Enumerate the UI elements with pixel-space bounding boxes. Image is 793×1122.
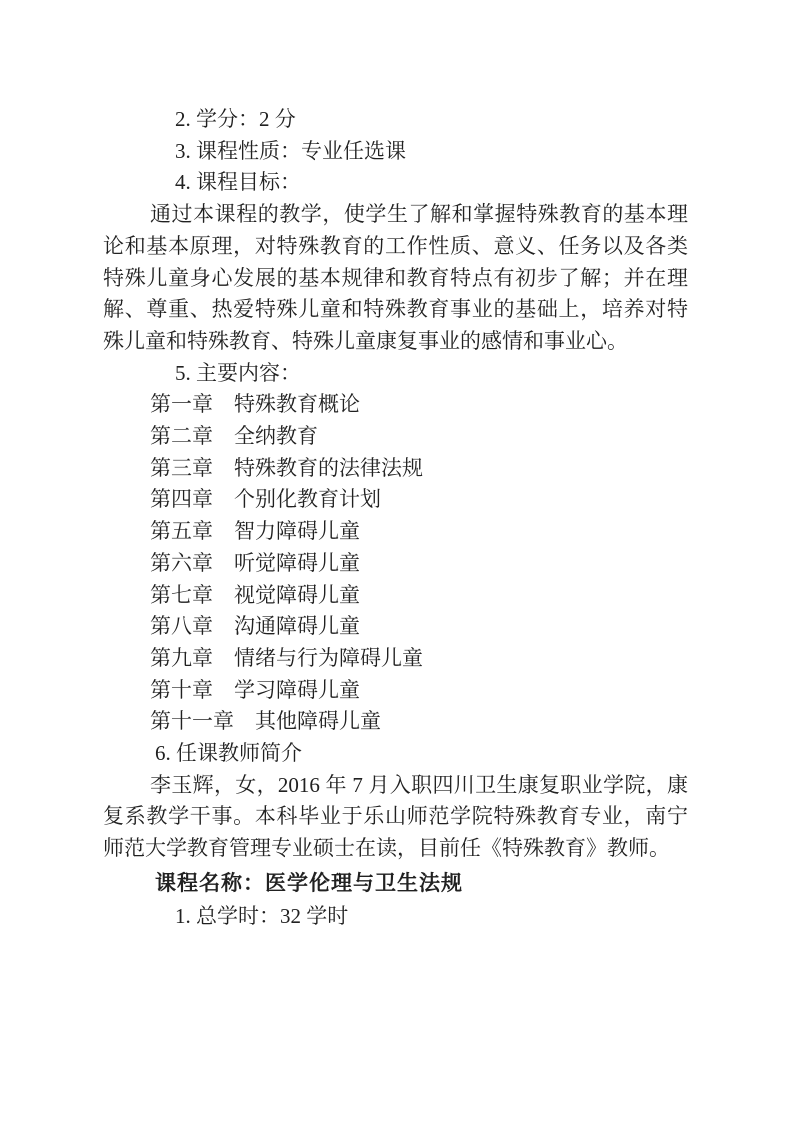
chapter-line-4: 第四章 个别化教育计划	[103, 484, 688, 516]
chapter-line-3: 第三章 特殊教育的法律法规	[103, 453, 688, 485]
credits-line: 2. 学分：2 分	[103, 104, 688, 136]
course-name-title: 课程名称：医学伦理与卫生法规	[103, 865, 688, 901]
objective-paragraph: 通过本课程的教学，使学生了解和掌握特殊教育的基本理论和基本原理，对特殊教育的工作…	[103, 199, 688, 358]
main-content-heading: 5. 主要内容：	[103, 358, 688, 390]
chapter-line-10: 第十章 学习障碍儿童	[103, 675, 688, 707]
chapter-line-9: 第九章 情绪与行为障碍儿童	[103, 643, 688, 675]
chapter-line-6: 第六章 听觉障碍儿童	[103, 548, 688, 580]
chapter-line-8: 第八章 沟通障碍儿童	[103, 611, 688, 643]
chapter-line-5: 第五章 智力障碍儿童	[103, 516, 688, 548]
teacher-intro-paragraph: 李玉辉，女，2016 年 7 月入职四川卫生康复职业学院，康复系教学干事。本科毕…	[103, 770, 688, 865]
chapter-line-11: 第十一章 其他障碍儿童	[103, 706, 688, 738]
teacher-intro-heading: 6. 任课教师简介	[103, 738, 688, 770]
chapter-line-7: 第七章 视觉障碍儿童	[103, 580, 688, 612]
document-page: 2. 学分：2 分 3. 课程性质：专业任选课 4. 课程目标： 通过本课程的教…	[0, 0, 793, 1122]
chapter-line-2: 第二章 全纳教育	[103, 421, 688, 453]
course-nature-line: 3. 课程性质：专业任选课	[103, 136, 688, 168]
total-hours-line: 1. 总学时：32 学时	[103, 901, 688, 933]
chapter-line-1: 第一章 特殊教育概论	[103, 389, 688, 421]
course-objective-heading: 4. 课程目标：	[103, 167, 688, 199]
